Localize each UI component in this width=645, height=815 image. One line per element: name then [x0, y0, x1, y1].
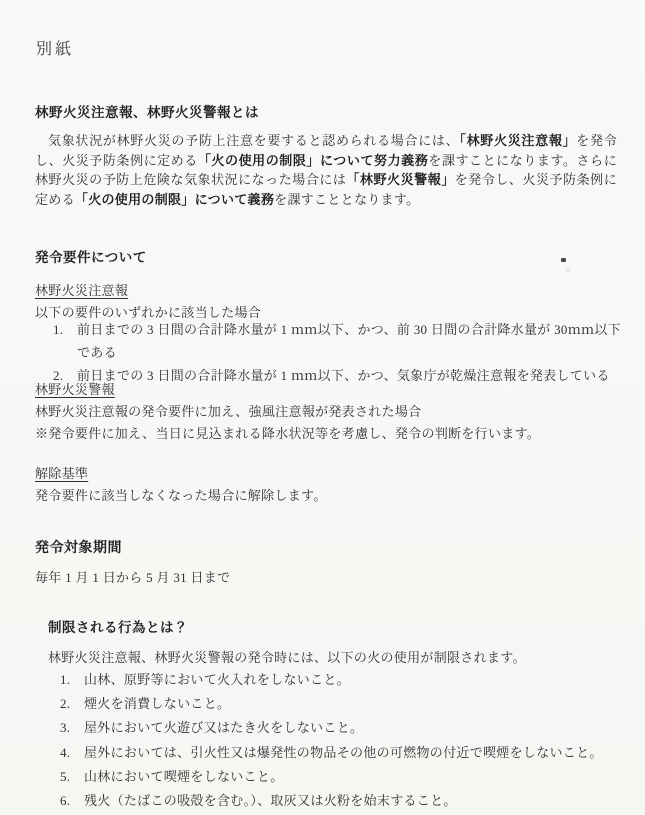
cancellation-subheading: 解除基準: [35, 463, 88, 482]
list-item-number: 4.: [60, 741, 84, 765]
list-item: 1. 前日までの 3 日間の合計降水量が 1 ｍｍ以下、かつ、前 30 日間の合…: [53, 318, 621, 364]
period-heading: 発令対象期間: [35, 537, 122, 557]
list-item-number: 1.: [60, 668, 84, 692]
list-item-number: 6.: [60, 789, 84, 813]
list-item-number: 1.: [53, 318, 77, 364]
scan-speck: [561, 258, 566, 262]
list-item: 2. 煙火を消費しないこと。: [60, 692, 620, 716]
list-item-text: 残火（たばこの吸殻を含む。）、取灰又は火粉を始末すること。: [84, 789, 457, 813]
list-item: 3. 屋外において火遊び又はたき火をしないこと。: [60, 716, 620, 740]
list-item: 4. 屋外においては、引火性又は爆発性の物品その他の可燃物の付近で喫煙をしないこ…: [60, 741, 620, 765]
warning-note: ※発令要件に加え、当日に見込まれる降水状況等を考慮し、発令の判断を行います。: [35, 423, 540, 442]
paragraph-segment: 気象状況が林野火災の予防上注意を要すると認められる場合には、: [48, 133, 459, 148]
list-item: 5. 山林において喫煙をしないこと。: [60, 765, 620, 789]
list-item-number: 2.: [60, 692, 84, 716]
cancellation-line: 発令要件に該当しなくなった場合に解除します。: [35, 485, 327, 504]
overview-heading: 林野火災注意報、林野火災警報とは: [35, 101, 259, 121]
list-item-number: 5.: [60, 765, 84, 789]
warning-subheading: 林野火災警報: [35, 379, 115, 398]
restricted-action-list: 1. 山林、原野等において火入れをしないこと。 2. 煙火を消費しないこと。 3…: [60, 668, 620, 813]
paragraph-segment-bold: 「林野火災警報」: [346, 172, 454, 187]
scan-speck: [566, 268, 570, 272]
appendix-label: 別紙: [36, 36, 74, 59]
advisory-condition-list: 1. 前日までの 3 日間の合計降水量が 1 ｍｍ以下、かつ、前 30 日間の合…: [53, 318, 621, 387]
scan-speck: [540, 140, 543, 143]
list-item: 1. 山林、原野等において火入れをしないこと。: [60, 668, 620, 692]
list-item-text: 山林において喫煙をしないこと。: [84, 765, 284, 789]
period-line: 毎年 1 月 1 日から 5 月 31 日まで: [35, 567, 230, 586]
list-item-text: 屋外において火遊び又はたき火をしないこと。: [84, 716, 363, 740]
list-item-text: 山林、原野等において火入れをしないこと。: [84, 668, 350, 692]
restricted-heading: 制限される行為とは？: [48, 616, 188, 636]
paragraph-segment-bold: 「火の使用の制限」について義務: [75, 192, 274, 207]
scanned-document-page: 別紙 林野火災注意報、林野火災警報とは 気象状況が林野火災の予防上注意を要すると…: [0, 0, 645, 815]
list-item-text: 屋外においては、引火性又は爆発性の物品その他の可燃物の付近で喫煙をしないこと。: [84, 741, 603, 765]
overview-paragraph: 気象状況が林野火災の予防上注意を要すると認められる場合には、「林野火災注意報」を…: [35, 131, 617, 209]
list-item-text: 前日までの 3 日間の合計降水量が 1 ｍｍ以下、かつ、前 30 日間の合計降水…: [77, 318, 621, 364]
advisory-subheading: 林野火災注意報: [35, 280, 128, 299]
list-item-number: 3.: [60, 716, 84, 740]
paragraph-segment: を課すこととなります。: [274, 192, 419, 207]
list-item-text: 煙火を消費しないこと。: [84, 692, 230, 716]
paragraph-segment-bold: 「林野火災注意報」: [459, 133, 576, 148]
restricted-lead: 林野火災注意報、林野火災警報の発令時には、以下の火の使用が制限されます。: [48, 647, 526, 666]
paragraph-segment-bold: 「火の使用の制限」について努力義務: [198, 153, 428, 168]
warning-condition: 林野火災注意報の発令要件に加え、強風注意報が発表された場合: [35, 401, 421, 420]
requirements-heading: 発令要件について: [35, 246, 147, 266]
list-item-text: 前日までの 3 日間の合計降水量が 1 ｍｍ以下、かつ、気象庁が乾燥注意報を発表…: [77, 364, 610, 387]
list-item: 6. 残火（たばこの吸殻を含む。）、取灰又は火粉を始末すること。: [60, 789, 620, 813]
list-item: 2. 前日までの 3 日間の合計降水量が 1 ｍｍ以下、かつ、気象庁が乾燥注意報…: [53, 364, 621, 387]
